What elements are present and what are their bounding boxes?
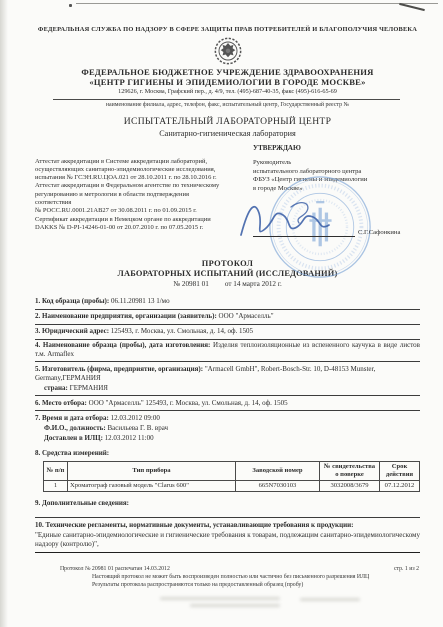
field-label: Ф.И.О., должность: bbox=[44, 424, 106, 432]
col-header: № свидетельства о поверке bbox=[320, 461, 380, 480]
accreditation-line: Аттестат аккредитации в Системе аккредит… bbox=[35, 158, 255, 166]
accreditation-line: Аттестат аккредитации в Федеральном аген… bbox=[35, 182, 255, 190]
field-divider bbox=[35, 324, 420, 325]
accreditation-block: Аттестат аккредитации в Системе аккредит… bbox=[35, 158, 255, 233]
field-value: 125493, г. Москва, ул. Смольная, д. 14, … bbox=[111, 327, 253, 335]
field-label: 8. Средства измерений: bbox=[35, 449, 109, 457]
agency-title: ФЕДЕРАЛЬНАЯ СЛУЖБА ПО НАДЗОРУ В СФЕРЕ ЗА… bbox=[35, 26, 420, 33]
footer-meta-row: Протокол № 20981 01 распечатан 14.03.201… bbox=[60, 565, 419, 573]
accreditation-line: № РОСС.RU.0001.21АВ27 от 30.08.2011 г. п… bbox=[35, 207, 255, 215]
field-value: ООО "Армаселль" 125493, г. Москва, ул. С… bbox=[89, 399, 288, 407]
accreditation-line: соответствия bbox=[35, 199, 255, 207]
signer-name: С.Г.Сафонкина bbox=[358, 229, 400, 236]
field-value: "Единые санитарно-эпидемиологические и г… bbox=[35, 531, 420, 549]
field-value: Васильева Г. В. врач bbox=[107, 424, 168, 432]
field-manufacturer: 5. Изготовитель (фирма, предприятие, орг… bbox=[35, 365, 420, 393]
col-header: Тип прибора bbox=[68, 461, 236, 480]
ink-bleed-artifact bbox=[190, 604, 280, 607]
cell-instrument-type: Хроматограф газовый модель "Clarus 600" bbox=[68, 480, 236, 492]
ink-bleed-artifact bbox=[300, 598, 360, 601]
field-label: 3. Юридический адрес: bbox=[35, 327, 109, 335]
field-label: страна: bbox=[44, 384, 68, 392]
page-footer: Протокол № 20981 01 распечатан 14.03.201… bbox=[60, 565, 419, 590]
approve-label: УТВЕРЖДАЮ bbox=[253, 144, 438, 153]
field-label: 4. Наименование образца (пробы), дата из… bbox=[35, 341, 210, 349]
field-value: 06.11.20981 13 1/мо bbox=[111, 297, 170, 305]
field-value: ГЕРМАНИЯ bbox=[70, 384, 108, 392]
field-divider bbox=[35, 361, 420, 362]
field-label: Доставлен в ИЛЦ: bbox=[44, 434, 103, 442]
state-emblem-icon bbox=[35, 36, 420, 66]
field-value: 12.03.2012 11:00 bbox=[105, 434, 154, 442]
field-delivered: Доставлен в ИЛЦ: 12.03.2012 11:00 bbox=[44, 434, 420, 443]
field-label: 5. Изготовитель (фирма, предприятие, орг… bbox=[35, 365, 203, 373]
col-header: № п/п bbox=[44, 461, 68, 480]
field-label: 6. Место отбора: bbox=[35, 399, 87, 407]
field-additional: 9. Дополнительные сведения: bbox=[35, 499, 420, 508]
footer-protocol-info: Протокол № 20981 01 распечатан 14.03.201… bbox=[60, 566, 170, 572]
footer-note: Результаты протокола распространяются то… bbox=[92, 581, 419, 589]
signature-line bbox=[253, 236, 355, 237]
protocol-number: № 20981 01 bbox=[173, 280, 209, 288]
footer-note: Настоящий протокол не может быть воспрои… bbox=[92, 573, 419, 581]
accreditation-line: регулированию и метрологии в области под… bbox=[35, 191, 255, 199]
field-instruments: 8. Средства измерений: № п/п Тип прибора… bbox=[35, 449, 420, 493]
scan-edge-shadow bbox=[0, 0, 8, 627]
field-label: 10. Технические регламенты, нормативные … bbox=[35, 521, 354, 529]
accreditation-approval-section: Аттестат аккредитации в Системе аккредит… bbox=[35, 143, 420, 245]
field-applicant: 2. Наименование предприятия, организации… bbox=[35, 312, 420, 321]
scan-corner-artifact bbox=[399, 3, 425, 11]
lab-center-title: ИСПЫТАТЕЛЬНЫЙ ЛАБОРАТОРНЫЙ ЦЕНТР bbox=[35, 116, 420, 127]
section-end-divider bbox=[35, 552, 420, 553]
field-divider bbox=[35, 517, 420, 518]
header-divider bbox=[53, 99, 400, 100]
field-value: ООО "Армаселль" bbox=[219, 312, 274, 320]
field-sample-code: 1. Код образца (пробы): 06.11.20981 13 1… bbox=[35, 297, 420, 306]
cell-certificate-number: 3032008/3679 bbox=[320, 480, 380, 492]
field-sampling-time: 7. Время и дата отбора: 12.03.2012 09:00… bbox=[35, 414, 420, 443]
scan-dot-artifact bbox=[69, 4, 72, 7]
field-sampler-fio: Ф.И.О., должность: Васильева Г. В. врач bbox=[44, 424, 420, 433]
field-label: 7. Время и дата отбора: bbox=[35, 414, 109, 422]
table-header-row: № п/п Тип прибора Заводской номер № свид… bbox=[44, 461, 420, 480]
organization-name-line2: «ЦЕНТР ГИГИЕНЫ И ЭПИДЕМИОЛОГИИ В ГОРОДЕ … bbox=[35, 77, 420, 87]
cell-number: 1 bbox=[44, 480, 68, 492]
approval-line: Руководитель bbox=[253, 159, 438, 168]
field-legal-address: 3. Юридический адрес: 125493, г. Москва,… bbox=[35, 327, 420, 336]
protocol-number-line: № 20981 01от 14 марта 2012 г. bbox=[35, 280, 420, 288]
table-row: 1 Хроматограф газовый модель "Clarus 600… bbox=[44, 480, 420, 492]
organization-name-line1: ФЕДЕРАЛЬНОЕ БЮДЖЕТНОЕ УЧРЕЖДЕНИЕ ЗДРАВОО… bbox=[35, 67, 420, 77]
emblem-icon bbox=[213, 36, 243, 66]
field-value: 12.03.2012 09:00 bbox=[111, 414, 160, 422]
field-divider bbox=[35, 339, 420, 340]
field-label: 9. Дополнительные сведения: bbox=[35, 499, 129, 507]
protocol-fields: 1. Код образца (пробы): 06.11.20981 13 1… bbox=[35, 297, 420, 553]
scan-top-line-artifact bbox=[76, 3, 438, 4]
lab-name-subtitle: Санитарно-гигиеническая лаборатория bbox=[35, 129, 420, 138]
field-manufacturer-country: страна: ГЕРМАНИЯ bbox=[44, 384, 420, 393]
accreditation-line: Сертификат аккредитации в Немецком орган… bbox=[35, 216, 255, 224]
signature-scribble bbox=[235, 195, 370, 241]
field-divider bbox=[35, 410, 420, 411]
ink-bleed-artifact bbox=[160, 597, 280, 600]
accreditation-line: испытания № ГСЭН.RU.ЦОА.021 от 28.10.201… bbox=[35, 174, 255, 182]
accreditation-line: осуществляющих санитарно-эпидемиологичес… bbox=[35, 166, 255, 174]
page-indicator: стр. 1 из 2 bbox=[394, 565, 419, 573]
col-header: Срок действия bbox=[380, 461, 420, 480]
field-divider bbox=[35, 309, 420, 310]
accreditation-line: DAKKS № D-PI-14246-01-00 от 20.07.2010 г… bbox=[35, 224, 255, 232]
cell-serial-number: 665N7030103 bbox=[236, 480, 320, 492]
cell-valid-until: 07.12.2012 bbox=[380, 480, 420, 492]
organization-address: 129626, г. Москва, Графский пер., д. 4/9… bbox=[35, 88, 420, 95]
protocol-date: от 14 марта 2012 г. bbox=[225, 280, 282, 288]
field-label: 2. Наименование предприятия, организации… bbox=[35, 312, 217, 320]
field-regulations: 10. Технические регламенты, нормативные … bbox=[35, 521, 420, 549]
instruments-table: № п/п Тип прибора Заводской номер № свид… bbox=[43, 461, 420, 493]
field-sample-name: 4. Наименование образца (пробы), дата из… bbox=[35, 341, 420, 359]
field-label: 1. Код образца (пробы): bbox=[35, 297, 109, 305]
field-divider bbox=[35, 395, 420, 396]
field-sampling-place: 6. Место отбора: ООО "Армаселль" 125493,… bbox=[35, 399, 420, 408]
scanned-protocol-page: ФЕДЕРАЛЬНАЯ СЛУЖБА ПО НАДЗОРУ В СФЕРЕ ЗА… bbox=[0, 0, 443, 627]
col-header: Заводской номер bbox=[236, 461, 320, 480]
fill-in-caption: наименование филиала, адрес, телефон, фа… bbox=[35, 102, 420, 108]
